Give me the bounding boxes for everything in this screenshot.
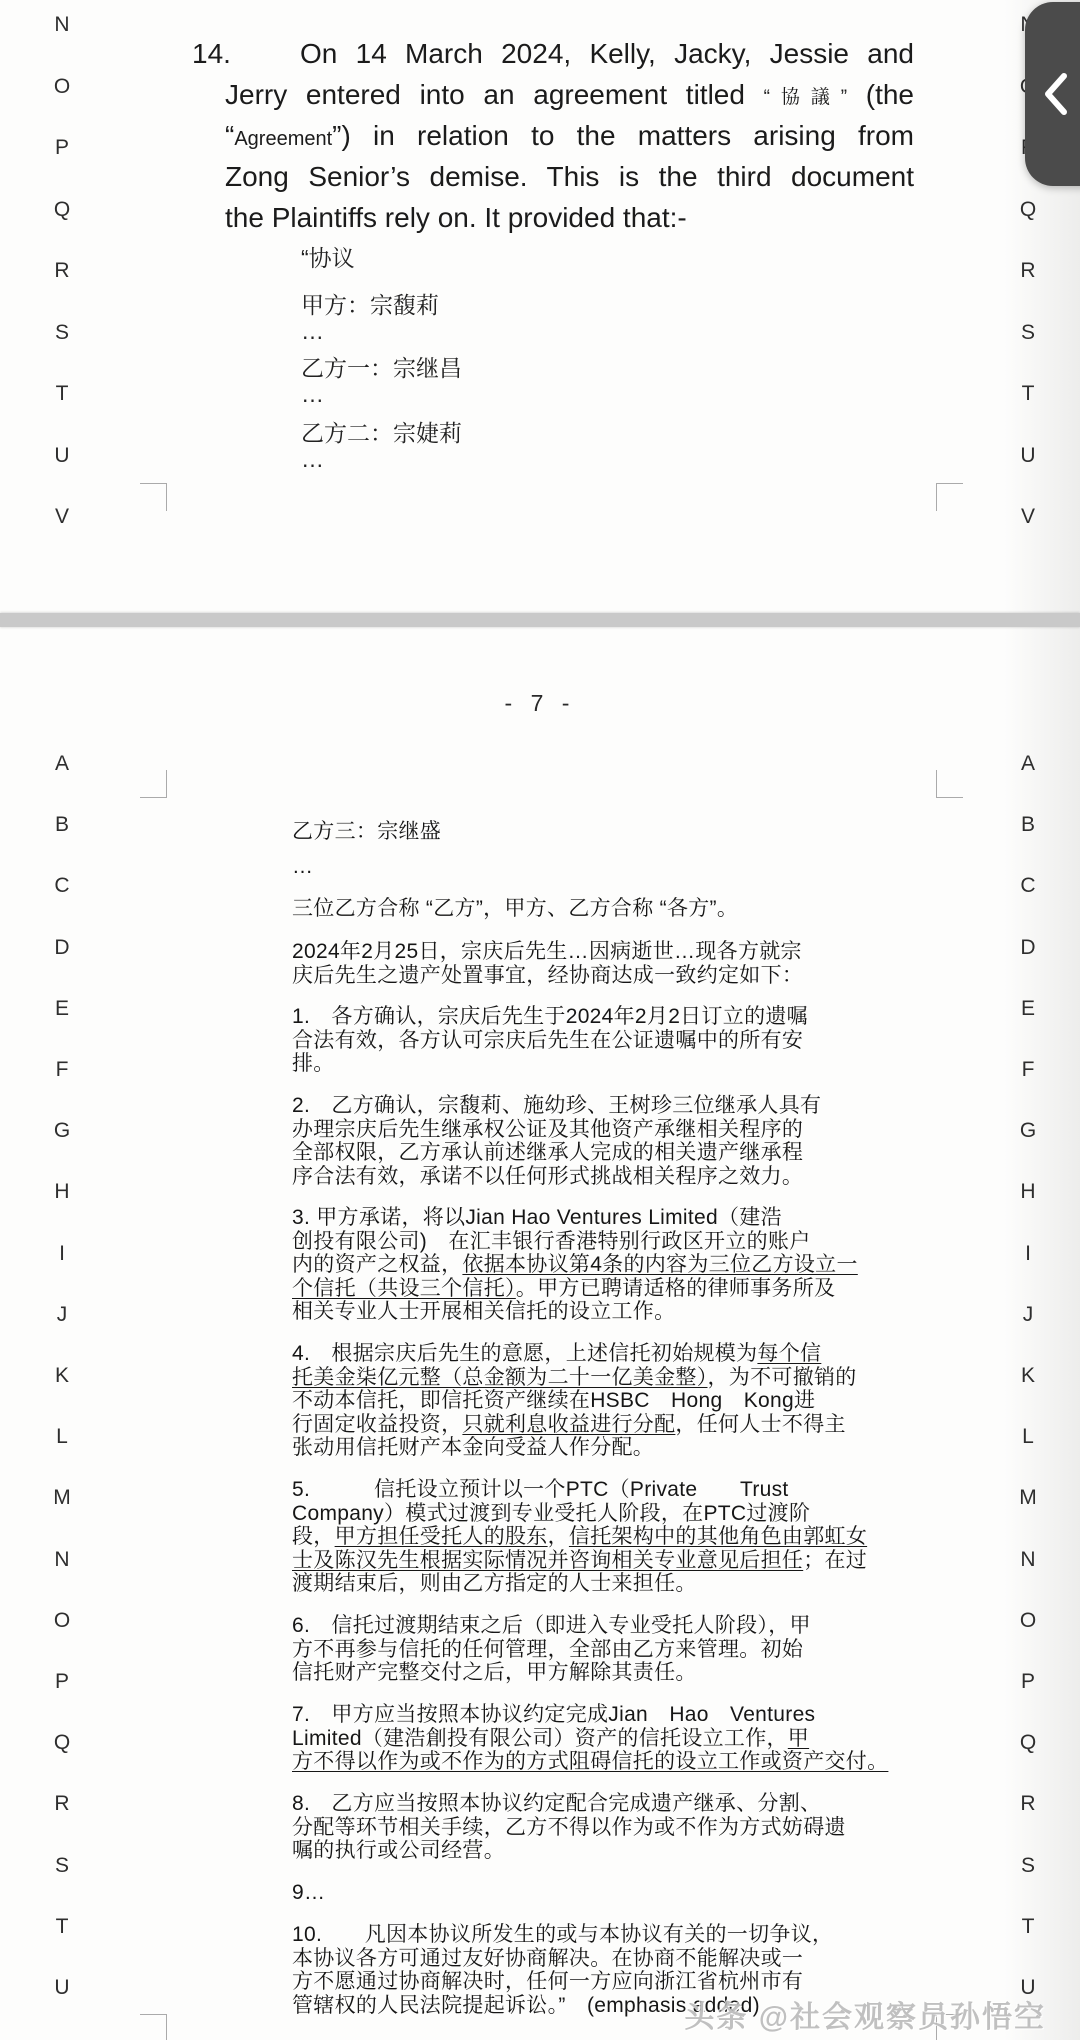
margin-letter-h: H xyxy=(45,1180,79,1204)
clause-line: 创投有限公司) 在汇丰银行香港特别行政区开立的账户 xyxy=(292,1230,811,1254)
margin-letter-f: F xyxy=(1011,1058,1045,1082)
margin-letter-v: V xyxy=(1011,505,1045,529)
clause-line: 方不愿通过协商解决时，任何一方应向浙江省杭州市有 xyxy=(292,1970,803,1994)
text-segment: On 14 March 2024, Kelly, Jacky, Jessie a… xyxy=(300,38,914,69)
text-segment: 全部权限，乙方承认前述继承人完成的相关遗产继承程 xyxy=(292,1141,803,1164)
margin-letter-a: A xyxy=(1011,752,1045,776)
clause-line: 方不再参与信托的任何管理，全部由乙方来管理。初始 xyxy=(292,1638,803,1662)
underlined-text: 个信托（共设三个信托） xyxy=(292,1277,516,1300)
underlined-text: 甲 xyxy=(788,1727,809,1750)
text-segment: 6. 信托过渡期结束之后（即进入专业受托人阶段），甲 xyxy=(292,1614,811,1637)
paragraph-14-line: 14.On 14 March 2024, Kelly, Jacky, Jessi… xyxy=(192,36,914,77)
paragraph-number: 14. xyxy=(192,36,300,77)
clause-line: 信托财产完整交付之后，甲方解除其责任。 xyxy=(292,1661,697,1685)
clause-line: 合法有效，各方认可宗庆后先生在公证遗嘱中的所有安 xyxy=(292,1029,803,1053)
clause-line: 行固定收益投资，只就利息收益进行分配，任何人士不得主 xyxy=(292,1413,846,1437)
underlined-text: 方不得以作为或不作为的方式阻碍信托的设立工作或资产交付。 xyxy=(292,1750,888,1773)
clause-line: 内的资产之权益，依据本协议第4条的内容为三位乙方设立一 xyxy=(292,1253,858,1277)
text-segment: 创投有限公司) 在汇丰银行香港特别行政区开立的账户 xyxy=(292,1230,811,1253)
page-number: - 7 - xyxy=(440,690,640,717)
text-segment: … xyxy=(292,855,313,878)
underlined-text: 士及陈汉先生根据实际情况并咨询相关专业意见后担任 xyxy=(292,1549,803,1572)
margin-letter-f: F xyxy=(45,1058,79,1082)
margin-letter-s: S xyxy=(45,321,79,345)
clause-line: 嘱的执行或公司经营。 xyxy=(292,1839,505,1863)
clause-line: 相关专业人士开展相关信托的设立工作。 xyxy=(292,1300,675,1324)
text-segment: 2. 乙方确认，宗馥莉、施幼珍、王树珍三位继承人具有 xyxy=(292,1094,821,1117)
corner-mark xyxy=(140,483,167,511)
text-segment: 8. 乙方应当按照本协议约定配合完成遗产继承、分割、 xyxy=(292,1792,821,1815)
clause-line: 渡期结束后，则由乙方指定的人士来担任。 xyxy=(292,1572,697,1596)
text-segment: 10. 凡因本协议所发生的或与本协议有关的一切争议， xyxy=(292,1923,833,1946)
underlined-text: 只就利息收益进行分配 xyxy=(462,1413,675,1436)
text-segment: 5. 信托设立预计以一个PTC（Private Trust xyxy=(292,1478,789,1501)
clause-line: 2024年2月25日，宗庆后先生…因病逝世…现各方就宗 xyxy=(292,940,802,964)
clause-line: 庆后先生之遗产处置事宜，经协商达成一致约定如下： xyxy=(292,964,803,988)
clause-line: 10. 凡因本协议所发生的或与本协议有关的一切争议， xyxy=(292,1923,833,1947)
margin-letter-u: U xyxy=(1011,444,1045,468)
margin-letter-o: O xyxy=(45,75,79,99)
text-segment: “ xyxy=(225,120,234,151)
margin-letter-p: P xyxy=(1011,1670,1045,1694)
margin-letter-d: D xyxy=(45,936,79,960)
clause-line: 序合法有效，承诺不以任何形式挑战相关程序之效力。 xyxy=(292,1165,803,1189)
watermark: 头条 @社会观察员孙悟空 xyxy=(684,1992,1046,2036)
margin-letter-o: O xyxy=(45,1609,79,1633)
ellipsis-line: … xyxy=(301,446,324,472)
margin-letter-d: D xyxy=(1011,936,1045,960)
margin-letter-j: J xyxy=(1011,1303,1045,1327)
margin-letter-r: R xyxy=(1011,1792,1045,1816)
margin-letter-k: K xyxy=(45,1364,79,1388)
text-segment: 内的资产之权益， xyxy=(292,1253,462,1276)
margin-letter-t: T xyxy=(45,382,79,406)
text-segment: 三位乙方合称 “乙方”，甲方、乙方合称 “各方”。 xyxy=(292,897,738,920)
text-segment: “協議” xyxy=(764,87,847,108)
underlined-text: 甲方担任受托人的股东 xyxy=(335,1525,548,1548)
clause-line: 乙方三：宗继盛 xyxy=(292,820,441,844)
paragraph-14-line: Jerry entered into an agreement titled “… xyxy=(225,77,914,118)
margin-letter-n: N xyxy=(45,13,79,37)
ellipsis-line: … xyxy=(301,318,324,344)
paragraph-14-line: “Agreement”) in relation to the matters … xyxy=(225,118,914,159)
page-divider xyxy=(0,613,1080,627)
margin-letter-p: P xyxy=(45,1670,79,1694)
clause-line: 三位乙方合称 “乙方”，甲方、乙方合称 “各方”。 xyxy=(292,897,738,921)
margin-letter-j: J xyxy=(45,1303,79,1327)
margin-letter-m: M xyxy=(1011,1486,1045,1510)
clause-line: 排。 xyxy=(292,1052,335,1076)
margin-letter-m: M xyxy=(45,1486,79,1510)
clause-line: 士及陈汉先生根据实际情况并咨询相关专业意见后担任；在过 xyxy=(292,1549,867,1573)
margin-letter-b: B xyxy=(1011,813,1045,837)
text-segment: 乙方三：宗继盛 xyxy=(292,820,441,843)
text-segment: 9… xyxy=(292,1881,325,1904)
clause-line: 7. 甲方应当按照本协议约定完成Jian Hao Ventures xyxy=(292,1703,815,1727)
margin-letter-s: S xyxy=(1011,321,1045,345)
text-segment: (the xyxy=(847,79,914,110)
text-segment: 排。 xyxy=(292,1052,335,1075)
ellipsis-line: … xyxy=(301,381,324,407)
margin-letter-p: P xyxy=(45,136,79,160)
underlined-text: 托美金柒亿元整（总金额为二十一亿美金整） xyxy=(292,1366,708,1389)
margin-letter-o: O xyxy=(1011,1609,1045,1633)
margin-letter-u: U xyxy=(45,1976,79,2000)
margin-letter-q: Q xyxy=(45,198,79,222)
margin-letter-q: Q xyxy=(1011,198,1045,222)
clause-line: 办理宗庆后先生继承权公证及其他资产承继相关程序的 xyxy=(292,1118,803,1142)
clause-line: 8. 乙方应当按照本协议约定配合完成遗产继承、分割、 xyxy=(292,1792,821,1816)
margin-letter-g: G xyxy=(45,1119,79,1143)
clause-line: 6. 信托过渡期结束之后（即进入专业受托人阶段），甲 xyxy=(292,1614,811,1638)
text-segment: Limited（建浩創投有限公司）资产的信托设立工作， xyxy=(292,1727,788,1750)
corner-mark xyxy=(936,483,963,511)
corner-mark xyxy=(936,770,963,798)
margin-letter-q: Q xyxy=(45,1731,79,1755)
clause-line: 个信托（共设三个信托）。甲方已聘请适格的律师事务所及 xyxy=(292,1277,835,1301)
margin-letter-v: V xyxy=(45,505,79,529)
text-segment: 分配等环节相关手续，乙方不得以作为或不作为方式妨碍遗 xyxy=(292,1816,846,1839)
paragraph-14-line: Zong Senior’s demise. This is the third … xyxy=(225,159,914,200)
margin-letter-r: R xyxy=(45,259,79,283)
clause-line: 1. 各方确认，宗庆后先生于2024年2月2日订立的遗嘱 xyxy=(292,1005,808,1029)
margin-letter-b: B xyxy=(45,813,79,837)
margin-letter-l: L xyxy=(45,1425,79,1449)
paragraph-text: On 14 March 2024, Kelly, Jacky, Jessie a… xyxy=(300,36,914,77)
text-segment: ，任何人士不得主 xyxy=(675,1413,845,1436)
text-segment: 。甲方已聘请适格的律师事务所及 xyxy=(516,1277,836,1300)
corner-mark xyxy=(140,770,167,798)
clause-line: 4. 根据宗庆后先生的意愿，上述信托初始规模为每个信 xyxy=(292,1342,821,1366)
text-segment: 段， xyxy=(292,1525,335,1548)
margin-letter-n: N xyxy=(45,1548,79,1572)
margin-letter-t: T xyxy=(1011,1915,1045,1939)
clause-line: 段，甲方担任受托人的股东，信托架构中的其他角色由郭虹女 xyxy=(292,1525,867,1549)
text-segment: ， xyxy=(548,1525,569,1548)
paragraph-14-line: the Plaintiffs rely on. It provided that… xyxy=(225,200,914,241)
text-segment: Zong Senior’s demise. This is the third … xyxy=(225,161,914,192)
text-segment: 4. 根据宗庆后先生的意愿，上述信托初始规模为 xyxy=(292,1342,757,1365)
text-segment: 方不愿通过协商解决时，任何一方应向浙江省杭州市有 xyxy=(292,1970,803,1993)
clause-line: 方不得以作为或不作为的方式阻碍信托的设立工作或资产交付。 xyxy=(292,1750,888,1774)
text-segment: 1. 各方确认，宗庆后先生于2024年2月2日订立的遗嘱 xyxy=(292,1005,808,1028)
clause-line: 2. 乙方确认，宗馥莉、施幼珍、王树珍三位继承人具有 xyxy=(292,1094,821,1118)
margin-letter-s: S xyxy=(45,1854,79,1878)
text-segment: ”) in relation to the matters arising fr… xyxy=(332,120,914,151)
quote-line: 乙方二：宗婕莉 xyxy=(301,420,462,446)
underlined-text: 依据本协议第4条的内容为三位乙方设立一 xyxy=(462,1253,857,1276)
text-segment: 相关专业人士开展相关信托的设立工作。 xyxy=(292,1300,675,1323)
clause-line: 9… xyxy=(292,1881,325,1905)
clause-line: 本协议各方可通过友好协商解决。在协商不能解决或一 xyxy=(292,1947,803,1971)
document-viewer: NNOOPPQQRRSSTTUUVVAABBCCDDEEFFGGHHIIJJKK… xyxy=(0,0,1080,2040)
text-segment: 张动用信托财产本金向受益人作分配。 xyxy=(292,1436,654,1459)
text-segment: 合法有效，各方认可宗庆后先生在公证遗嘱中的所有安 xyxy=(292,1029,803,1052)
margin-letter-a: A xyxy=(45,752,79,776)
text-segment: 办理宗庆后先生继承权公证及其他资产承继相关程序的 xyxy=(292,1118,803,1141)
underlined-text: 每个信 xyxy=(757,1342,821,1365)
margin-letter-s: S xyxy=(1011,1854,1045,1878)
clause-line: 托美金柒亿元整（总金额为二十一亿美金整），为不可撤销的 xyxy=(292,1366,857,1390)
text-segment: the Plaintiffs rely on. It provided that… xyxy=(225,202,687,233)
text-segment: 信托财产完整交付之后，甲方解除其责任。 xyxy=(292,1661,697,1684)
margin-letter-r: R xyxy=(1011,259,1045,283)
margin-letter-t: T xyxy=(1011,382,1045,406)
quote-line: “协议 xyxy=(301,245,355,271)
text-segment: 方不再参与信托的任何管理，全部由乙方来管理。初始 xyxy=(292,1638,803,1661)
margin-letter-l: L xyxy=(1011,1425,1045,1449)
margin-letter-i: I xyxy=(45,1242,79,1266)
margin-letter-e: E xyxy=(1011,997,1045,1021)
text-segment: Agreement xyxy=(234,128,332,150)
text-segment: Company）模式过渡到专业受托人阶段，在PTC过渡阶 xyxy=(292,1502,810,1525)
margin-letter-e: E xyxy=(45,997,79,1021)
text-segment: 7. 甲方应当按照本协议约定完成Jian Hao Ventures xyxy=(292,1703,815,1726)
text-segment: Jerry entered into an agreement titled xyxy=(225,79,764,110)
text-segment: 序合法有效，承诺不以任何形式挑战相关程序之效力。 xyxy=(292,1165,803,1188)
text-segment: 庆后先生之遗产处置事宜，经协商达成一致约定如下： xyxy=(292,964,803,987)
clause-line: 全部权限，乙方承认前述继承人完成的相关遗产继承程 xyxy=(292,1141,803,1165)
margin-letter-t: T xyxy=(45,1915,79,1939)
margin-letter-r: R xyxy=(45,1792,79,1816)
text-segment: 行固定收益投资， xyxy=(292,1413,462,1436)
clause-line: … xyxy=(292,855,313,879)
margin-letter-q: Q xyxy=(1011,1731,1045,1755)
corner-mark xyxy=(140,2014,167,2040)
clause-line: Company）模式过渡到专业受托人阶段，在PTC过渡阶 xyxy=(292,1502,810,1526)
back-button[interactable] xyxy=(1025,2,1080,186)
text-segment: ，为不可撤销的 xyxy=(708,1366,857,1389)
text-segment: 渡期结束后，则由乙方指定的人士来担任。 xyxy=(292,1572,697,1595)
margin-letter-h: H xyxy=(1011,1180,1045,1204)
clause-line: 分配等环节相关手续，乙方不得以作为或不作为方式妨碍遗 xyxy=(292,1816,846,1840)
clause-line: 张动用信托财产本金向受益人作分配。 xyxy=(292,1436,654,1460)
text-segment: 2024年2月25日，宗庆后先生…因病逝世…现各方就宗 xyxy=(292,940,802,963)
underlined-text: 信托架构中的其他角色由郭虹女 xyxy=(569,1525,867,1548)
margin-letter-n: N xyxy=(1011,1548,1045,1572)
margin-letter-c: C xyxy=(1011,874,1045,898)
quote-line: 甲方：宗馥莉 xyxy=(301,292,439,318)
quote-line: 乙方一：宗继昌 xyxy=(301,355,462,381)
text-segment: 3. 甲方承诺，将以Jian Hao Ventures Limited（建浩 xyxy=(292,1206,782,1229)
clause-line: 5. 信托设立预计以一个PTC（Private Trust xyxy=(292,1478,789,1502)
clause-line: 不动本信托，即信托资产继续在HSBC Hong Kong进 xyxy=(292,1389,815,1413)
margin-letter-g: G xyxy=(1011,1119,1045,1143)
margin-letter-u: U xyxy=(45,444,79,468)
text-segment: 本协议各方可通过友好协商解决。在协商不能解决或一 xyxy=(292,1947,803,1970)
margin-letter-c: C xyxy=(45,874,79,898)
clause-line: 3. 甲方承诺，将以Jian Hao Ventures Limited（建浩 xyxy=(292,1206,782,1230)
clause-line: Limited（建浩創投有限公司）资产的信托设立工作，甲 xyxy=(292,1727,809,1751)
text-segment: 嘱的执行或公司经营。 xyxy=(292,1839,505,1862)
text-segment: ；在过 xyxy=(803,1549,867,1572)
margin-letter-i: I xyxy=(1011,1242,1045,1266)
text-segment: 不动本信托，即信托资产继续在HSBC Hong Kong进 xyxy=(292,1389,815,1412)
margin-letter-k: K xyxy=(1011,1364,1045,1388)
